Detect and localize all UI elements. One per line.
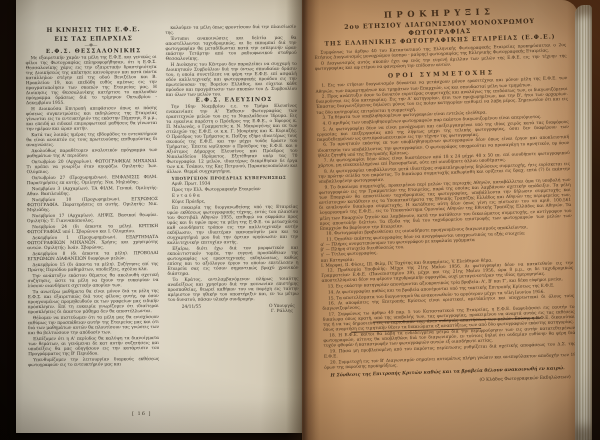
paragraph: Υπενθυμίζομεν την λειτουργίαν διαρκούς ε… <box>28 357 159 368</box>
terms-list: 1. Εις τον ετήσιον διαγωνισμόν δύνανται … <box>315 76 576 370</box>
paragraph: Ελπίζομεν ότι η Α' περίοδος θα καλύψη τα… <box>28 336 159 357</box>
left-page-content: Η ΚΙΝΗΣΙΣ ΤΗΣ Ε.Φ.Ε. ΕΙΣ ΤΑΣ ΕΠΑΡΧΙΑΣ —✻… <box>16 0 302 433</box>
book-spread-photo: Η ΚΙΝΗΣΙΣ ΤΗΣ Ε.Φ.Ε. ΕΙΣ ΤΑΣ ΕΠΑΡΧΙΑΣ —✻… <box>0 0 600 440</box>
paragraph: Δεκεμβρίου 1 (Προχωρημένων). ΕΞΑΡΤΗΜΑΤΑ … <box>27 235 158 251</box>
signature-name: Γ. Ράλλης <box>269 309 295 314</box>
letter-paragraph: Εξαίρω, διότι έχω διά τον μορφωτικόν και… <box>167 246 298 277</box>
page-edge-stack <box>575 5 592 440</box>
article-title-line1: Η ΚΙΝΗΣΙΣ ΤΗΣ Ε.Φ.Ε. <box>25 26 156 35</box>
paragraph: Η Διοίκησις του Κέντρου δεν παραλείπει ν… <box>166 62 297 98</box>
letter-paragraph: Επ ευκαιρία της διοργανωθείσης υπό της Ε… <box>167 205 298 246</box>
left-page: Η ΚΙΝΗΣΙΣ ΤΗΣ Ε.Φ.Ε. ΕΙΣ ΤΑΣ ΕΠΑΡΧΙΑΣ —✻… <box>16 0 302 433</box>
term-item: 9. Το δικαίωμα συμμετοχής, προκειμένου π… <box>319 178 572 232</box>
article-title-line2: ΕΙΣ ΤΑΣ ΕΠΑΡΧΙΑΣ <box>25 35 156 44</box>
letter-signature: Ο Υπουργός Γ. Ράλλης <box>269 304 295 314</box>
letter-paragraph: Το Κράτος, αντιλαμβανόμενον πλήρως τοιαύ… <box>168 277 299 303</box>
paragraph: Δεκεμβρίου 8 (δι άπαντα τα μέλη). ΠΡΟΒΟΛ… <box>27 251 158 262</box>
letter-date: 24/11/55 <box>182 305 201 315</box>
paragraph: Νοεμβρίου 17 (Αρχαρίων). ΛΗΨΙΣ. Βασικαί … <box>27 213 158 224</box>
thessaloniki-paragraphs-continued: καλούμεν τα μέλη όπως φροντίσουν διά την… <box>165 25 297 98</box>
paragraph: Θέλομεν να πιστεύωμεν ότι τα μέλη μας θα… <box>28 315 159 336</box>
paragraph: Ακολούθως παραθέτομεν αναλυτικόν πρόγραμ… <box>26 148 157 159</box>
right-page-content: ΠΡΟΚΗΡΥΞΙΣ 2ου ΕΤΗΣΙΟΥ ΔΙΑΓΩΝΙΣΜΟΥ ΜΟΝΟΧ… <box>313 3 577 387</box>
paragraph: Τα ανωτέρω μαθήματα θα είναι μόνον διά τ… <box>28 289 159 315</box>
paragraph: Νοεμβρίου 10 (Προχωρημένων). ΕΓΧΡΩΜΟΣ ΦΩ… <box>27 197 158 213</box>
paragraph: Έντυποι ανακοινώσεις και δελτία μας θα α… <box>165 36 296 62</box>
page-number: [ 16 ] <box>132 411 151 417</box>
paragraph: Την 16ην Νοεμβρίου ε.ε. το Τμήμα Ελευσίν… <box>166 104 298 175</box>
paragraph: Την ανάπτυξιν εκάστου θέματος θα ακολουθ… <box>27 273 158 289</box>
left-column-2: καλούμεν τα μέλη όπως φροντίσουν διά την… <box>165 25 299 315</box>
ministry-letter-body: Επ ευκαιρία της διοργανωθείσης υπό της Ε… <box>167 205 299 303</box>
paragraph: Νοεμβρίου 3 (Αρχαρίων). ΤΑ ΦΙΛΜ. Γενικά.… <box>27 186 158 197</box>
paragraph: καλούμεν τα μέλη όπως φροντίσουν διά την… <box>165 25 296 36</box>
paragraph: Οκτωβρίου 27 (Προχωρημένων). ΕΜΦΑΝΙΣΙΣ Φ… <box>27 175 158 186</box>
ministry-letter-signature-row: 24/11/55 Ο Υπουργός Γ. Ράλλης <box>168 304 299 315</box>
paragraph: Οκτωβρίου 20 (Αρχαρίων). ΦΩΤΟΓΡΑΦΙΚΑΙ ΜΗ… <box>27 159 158 175</box>
paragraph: Νοεμβρίου 24 (δι άπαντα τα μέλη). ΚΡΙΤΙΚ… <box>27 224 158 235</box>
left-column-1: Η ΚΙΝΗΣΙΣ ΤΗΣ Ε.Φ.Ε. ΕΙΣ ΤΑΣ ΕΠΑΡΧΙΑΣ —✻… <box>25 26 159 369</box>
paragraph: Η Διοικούσα Επιτροπή απεφάσισεν όπως αι … <box>26 106 157 132</box>
paragraph: Δεκεμβρίου 15 (δι άπαντα τα μέλη). Συζήτ… <box>27 262 158 273</box>
paragraph: Κατά τας λοιπάς ημέρας της εβδομάδος το … <box>26 132 157 148</box>
paragraph: Με εξαιρετικήν χαράν τα μέλη της Ε.Φ.Ε. … <box>26 55 157 106</box>
elefsina-paragraphs: Την 16ην Νοεμβρίου ε.ε. το Τμήμα Ελευσίν… <box>166 104 298 175</box>
thessaloniki-paragraphs: Με εξαιρετικήν χαράν τα μέλη της Ε.Φ.Ε. … <box>26 55 160 368</box>
right-page: ΠΡΟΚΗΡΥΞΙΣ 2ου ΕΤΗΣΙΟΥ ΔΙΑΓΩΝΙΣΜΟΥ ΜΟΝΟΧ… <box>302 0 578 440</box>
